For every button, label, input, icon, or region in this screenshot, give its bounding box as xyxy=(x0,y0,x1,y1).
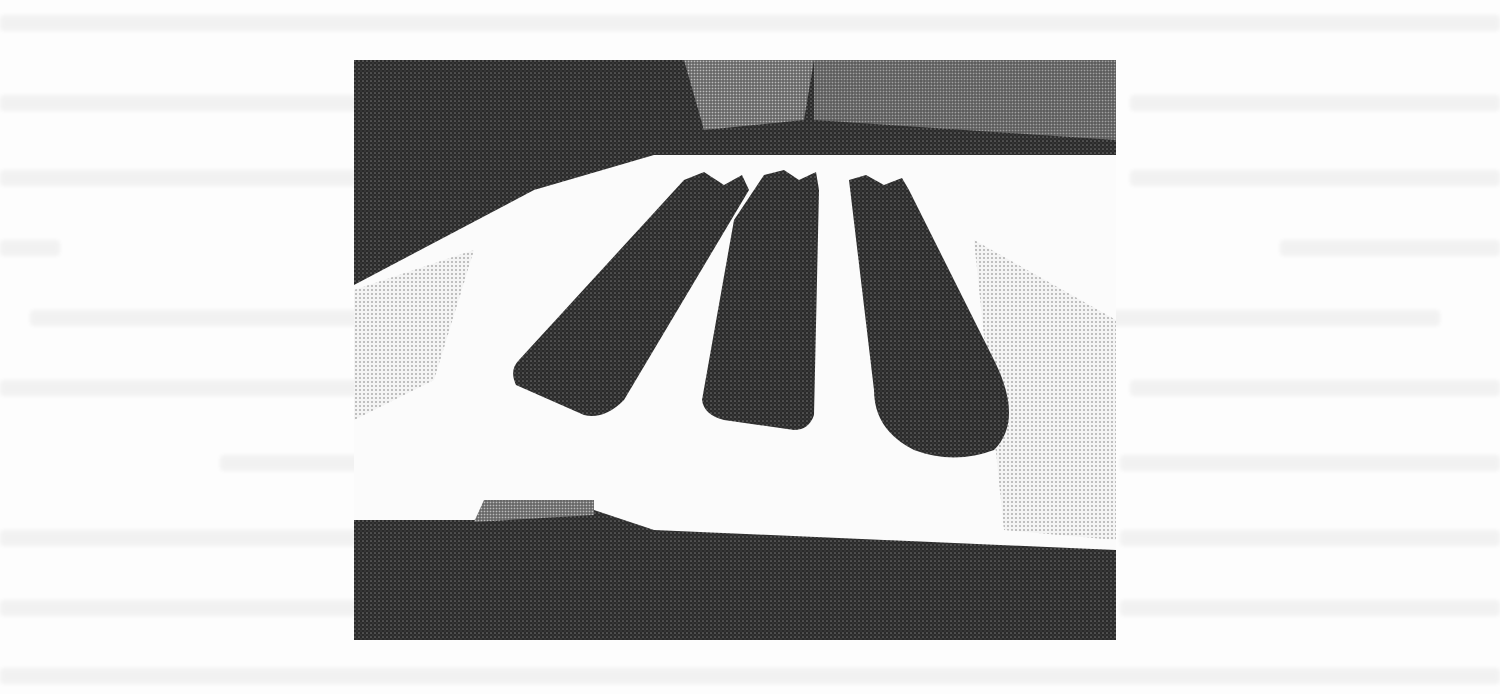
photo-illustration xyxy=(354,60,1116,640)
halftone-photo xyxy=(354,60,1116,640)
